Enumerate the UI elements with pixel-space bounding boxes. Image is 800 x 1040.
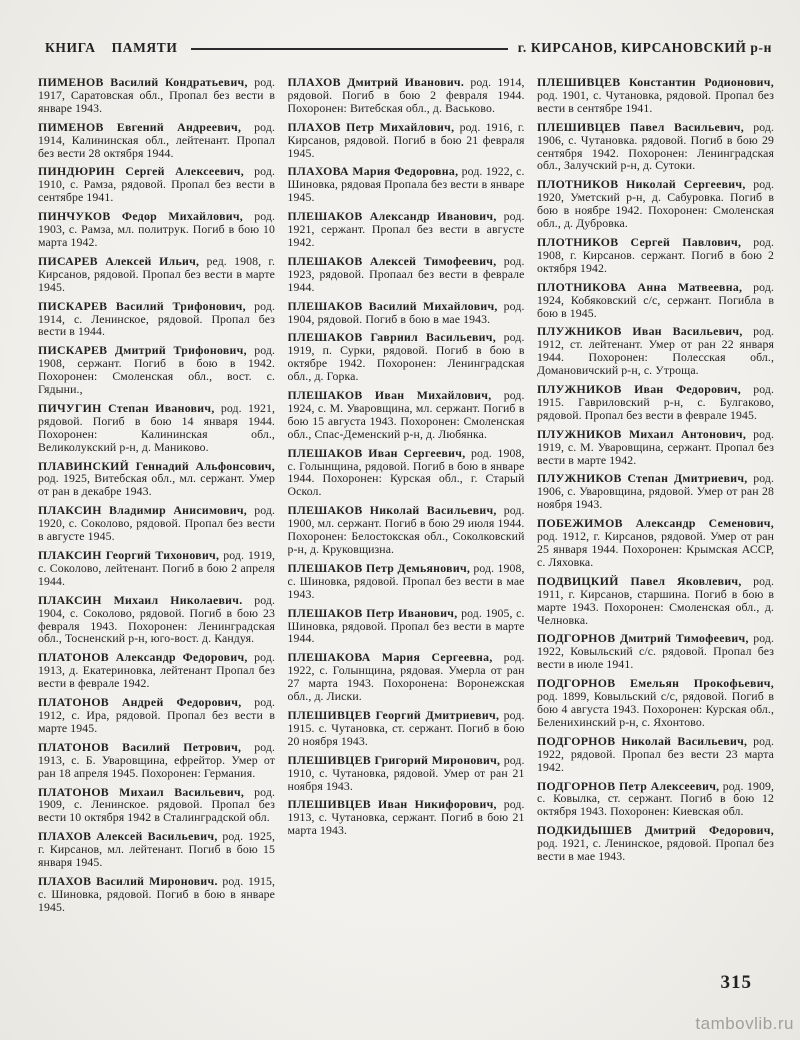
- memorial-entry: ПЛАХОВ Василий Миронович. род. 1915, с. …: [38, 875, 275, 914]
- person-name: ПЛЕШИВЦЕВ Иван Никифорович,: [288, 797, 497, 811]
- person-name: ПЛЕШАКОВ Василий Михайлович,: [288, 299, 498, 313]
- memorial-entry: ПИСКАРЕВ Василий Трифонович, род. 1914, …: [38, 300, 275, 339]
- person-name: ПОДГОРНОВ Дмитрий Тимофеевич,: [537, 631, 749, 645]
- person-name: ПЛАКСИН Михаил Николаевич.: [38, 593, 243, 607]
- memorial-entry: ПИЧУГИН Степан Иванович, род. 1921, рядо…: [38, 402, 275, 454]
- memorial-entry: ПЛАТОНОВ Михаил Васильевич, род. 1909, с…: [38, 786, 275, 825]
- memorial-entry: ПЛЕШИВЦЕВ Григорий Миронович, род. 1910,…: [288, 754, 525, 793]
- person-name: ПОДКИДЫШЕВ Дмитрий Федорович,: [537, 823, 774, 837]
- memorial-entry: ПЛУЖНИКОВ Иван Васильевич, род. 1912, ст…: [537, 325, 774, 377]
- person-name: ПЛЕШИВЦЕВ Константин Родионович,: [537, 76, 774, 89]
- memorial-entry: ПЛАХОВ Алексей Васильевич, род. 1925, г.…: [38, 830, 275, 869]
- column-1: ПИМЕНОВ Василий Кондратьевич, род. 1917,…: [38, 76, 275, 964]
- memorial-entry: ПЛУЖНИКОВ Иван Федорович, род. 1915. Гав…: [537, 383, 774, 422]
- person-name: ПЛУЖНИКОВ Степан Дмитриевич,: [537, 471, 748, 485]
- person-name: ПЛЕШАКОВ Александр Иванович,: [288, 209, 497, 223]
- memorial-entry: ПЛУЖНИКОВ Михаил Антонович, род. 1919, с…: [537, 428, 774, 467]
- memorial-entry: ПЛАКСИН Владимир Анисимович, род. 1920, …: [38, 504, 275, 543]
- person-name: ПИНЧУКОВ Федор Михайлович,: [38, 209, 243, 223]
- person-name: ПЛАТОНОВ Андрей Федорович,: [38, 695, 241, 709]
- person-name: ПИСКАРЕВ Василий Трифонович,: [38, 299, 246, 313]
- memorial-entry: ПЛАКСИН Михаил Николаевич. род. 1904, с.…: [38, 594, 275, 646]
- memorial-entry: ПЛАКСИН Георгий Тихонович, род. 1919, с.…: [38, 549, 275, 588]
- memorial-entry: ПЛЕШИВЦЕВ Павел Васильевич, род. 1906, с…: [537, 121, 774, 173]
- person-name: ПЛЕШАКОВ Иван Сергеевич,: [288, 446, 466, 460]
- person-name: ПЛУЖНИКОВ Михаил Антонович,: [537, 427, 746, 441]
- person-name: ПЛАХОВ Дмитрий Иванович.: [288, 76, 465, 89]
- memorial-entry: ПЛАТОНОВ Александр Федорович, род. 1913,…: [38, 651, 275, 690]
- person-name: ПЛАТОНОВ Александр Федорович,: [38, 650, 248, 664]
- person-name: ПОДГОРНОВ Емельян Прокофьевич,: [537, 676, 774, 690]
- memorial-entry: ПЛОТНИКОВ Николай Сергеевич, род. 1920, …: [537, 178, 774, 230]
- person-name: ПЛЕШИВЦЕВ Григорий Миронович,: [288, 753, 501, 767]
- memorial-entry: ПОДГОРНОВ Дмитрий Тимофеевич, род. 1922,…: [537, 632, 774, 671]
- person-name: ПИСАРЕВ Алексей Ильич,: [38, 254, 199, 268]
- memorial-entry: ПЛАТОНОВ Андрей Федорович, род. 1912, с.…: [38, 696, 275, 735]
- memorial-entry: ПЛЕШАКОВ Гавриил Васильевич, род. 1919, …: [288, 331, 525, 383]
- memorial-entry: ПЛАХОВА Мария Федоровна, род. 1922, с. Ш…: [288, 165, 525, 204]
- memorial-entry: ПИСКАРЕВ Дмитрий Трифонович, род. 1908, …: [38, 344, 275, 396]
- person-name: ПЛАКСИН Владимир Анисимович,: [38, 503, 247, 517]
- memorial-entry: ПЛЕШАКОВ Петр Иванович, род. 1905, с. Ши…: [288, 607, 525, 646]
- person-name: ПЛОТНИКОВ Николай Сергеевич,: [537, 177, 746, 191]
- memorial-entry: ПЛЕШАКОВ Алексей Тимофеевич, род. 1923, …: [288, 255, 525, 294]
- memorial-entry: ПОБЕЖИМОВ Александр Семенович, род. 1912…: [537, 517, 774, 569]
- person-name: ПЛЕШАКОВА Мария Сергеевна,: [288, 650, 493, 664]
- person-name: ПЛОТНИКОВА Анна Матвеевна,: [537, 280, 742, 294]
- memorial-entry: ПЛЕШАКОВ Петр Демьянович, род. 1908, с. …: [288, 562, 525, 601]
- memorial-entry: ПЛЕШАКОВ Александр Иванович, род. 1921, …: [288, 210, 525, 249]
- person-name: ПЛЕШАКОВ Алексей Тимофеевич,: [288, 254, 497, 268]
- person-name: ПИЧУГИН Степан Иванович,: [38, 401, 215, 415]
- memorial-entry: ПЛАВИНСКИЙ Геннадий Альфонсович, род. 19…: [38, 460, 275, 499]
- person-name: ПЛАХОВА Мария Федоровна,: [288, 164, 459, 178]
- person-name: ПИНДЮРИН Сергей Алексеевич,: [38, 164, 244, 178]
- memorial-entry: ПЛАТОНОВ Василий Петрович, род. 1913, с.…: [38, 741, 275, 780]
- person-name: ПЛАХОВ Петр Михайлович,: [288, 120, 455, 134]
- person-name: ПЛАХОВ Василий Миронович.: [38, 874, 218, 888]
- memorial-entry: ПИНДЮРИН Сергей Алексеевич, род. 1910, с…: [38, 165, 275, 204]
- page-header: КНИГА ПАМЯТИ г. КИРСАНОВ, КИРСАНОВСКИЙ р…: [45, 40, 772, 56]
- memorial-entry: ПЛЕШИВЦЕВ Иван Никифорович, род. 1913, с…: [288, 798, 525, 837]
- memorial-entry: ПИМЕНОВ Василий Кондратьевич, род. 1917,…: [38, 76, 275, 115]
- person-name: ПОБЕЖИМОВ Александр Семенович,: [537, 516, 774, 530]
- person-name: ПОДГОРНОВ Петр Алексеевич,: [537, 779, 719, 793]
- memorial-entry: ПИМЕНОВ Евгений Андреевич, род. 1914, Ка…: [38, 121, 275, 160]
- person-name: ПОДГОРНОВ Николай Васильевич,: [537, 734, 747, 748]
- memorial-entry: ПЛОТНИКОВ Сергей Павлович, род. 1908, г.…: [537, 236, 774, 275]
- person-name: ПЛАХОВ Алексей Васильевич,: [38, 829, 218, 843]
- person-name: ПЛЕШАКОВ Гавриил Васильевич,: [288, 330, 496, 344]
- header-district-title: г. КИРСАНОВ, КИРСАНОВСКИЙ р-н: [518, 40, 772, 56]
- memorial-entry: ПЛЕШИВЦЕВ Георгий Дмитриевич, род. 1915.…: [288, 709, 525, 748]
- memorial-entry: ПОДКИДЫШЕВ Дмитрий Федорович, род. 1921,…: [537, 824, 774, 863]
- memorial-entry: ПОДГОРНОВ Николай Васильевич, род. 1922,…: [537, 735, 774, 774]
- library-watermark: tambovlib.ru: [695, 1014, 794, 1034]
- person-name: ПЛЕШАКОВ Петр Демьянович,: [288, 561, 471, 575]
- person-name: ПЛЕШИВЦЕВ Георгий Дмитриевич,: [288, 708, 500, 722]
- column-2: ПЛАХОВ Дмитрий Иванович. род. 1914, рядо…: [288, 76, 525, 964]
- memorial-entry: ПЛАХОВ Петр Михайлович, род. 1916, г. Ки…: [288, 121, 525, 160]
- memorial-entry: ПОДГОРНОВ Емельян Прокофьевич, род. 1899…: [537, 677, 774, 729]
- person-name: ПОДВИЦКИЙ Павел Яковлевич,: [537, 574, 742, 588]
- person-name: ПИМЕНОВ Евгений Андреевич,: [38, 120, 241, 134]
- memorial-entry: ПЛЕШАКОВ Иван Михайлович, род. 1924, с. …: [288, 389, 525, 441]
- person-name: ПЛЕШАКОВ Иван Михайлович,: [288, 388, 492, 402]
- memorial-entry: ПИСАРЕВ Алексей Ильич, ред. 1908, г. Кир…: [38, 255, 275, 294]
- person-name: ПЛЕШАКОВ Николай Васильевич,: [288, 503, 497, 517]
- memorial-entry: ПОДВИЦКИЙ Павел Яковлевич, род. 1911, г.…: [537, 575, 774, 627]
- person-name: ПЛАКСИН Георгий Тихонович,: [38, 548, 219, 562]
- memorial-entry: ПЛЕШИВЦЕВ Константин Родионович, род. 19…: [537, 76, 774, 115]
- person-name: ПИМЕНОВ Василий Кондратьевич,: [38, 76, 248, 89]
- memorial-entry: ПЛОТНИКОВА Анна Матвеевна, род. 1924, Ко…: [537, 281, 774, 320]
- person-name: ПЛЕШАКОВ Петр Иванович,: [288, 606, 458, 620]
- memorial-entry: ПЛУЖНИКОВ Степан Дмитриевич, род. 1906, …: [537, 472, 774, 511]
- person-name: ПИСКАРЕВ Дмитрий Трифонович,: [38, 343, 247, 357]
- memorial-entry: ПЛЕШАКОВ Николай Васильевич, род. 1900, …: [288, 504, 525, 556]
- memorial-entry: ПЛЕШАКОВ Иван Сергеевич, род. 1908, с. Г…: [288, 447, 525, 499]
- person-name: ПЛУЖНИКОВ Иван Федорович,: [537, 382, 741, 396]
- person-name: ПЛАТОНОВ Михаил Васильевич,: [38, 785, 244, 799]
- memorial-entry: ПЛЕШАКОВА Мария Сергеевна, род. 1922, с.…: [288, 651, 525, 703]
- page-number: 315: [721, 972, 753, 994]
- memorial-entry: ПЛАХОВ Дмитрий Иванович. род. 1914, рядо…: [288, 76, 525, 115]
- header-divider-line: [191, 48, 507, 50]
- book-page: КНИГА ПАМЯТИ г. КИРСАНОВ, КИРСАНОВСКИЙ р…: [0, 0, 800, 1040]
- person-name: ПЛЕШИВЦЕВ Павел Васильевич,: [537, 120, 744, 134]
- person-name: ПЛАВИНСКИЙ Геннадий Альфонсович,: [38, 459, 275, 473]
- memorial-entry: ПЛЕШАКОВ Василий Михайлович, род. 1904, …: [288, 300, 525, 326]
- person-name: ПЛОТНИКОВ Сергей Павлович,: [537, 235, 741, 249]
- memorial-entry: ПИНЧУКОВ Федор Михайлович, род. 1903, с.…: [38, 210, 275, 249]
- person-name: ПЛАТОНОВ Василий Петрович,: [38, 740, 241, 754]
- text-columns: ПИМЕНОВ Василий Кондратьевич, род. 1917,…: [38, 76, 774, 964]
- person-name: ПЛУЖНИКОВ Иван Васильевич,: [537, 324, 743, 338]
- memorial-entry: ПОДГОРНОВ Петр Алексеевич, род. 1909, с.…: [537, 780, 774, 819]
- header-book-title: КНИГА ПАМЯТИ: [45, 40, 177, 56]
- column-3: ПЛЕШИВЦЕВ Константин Родионович, род. 19…: [537, 76, 774, 964]
